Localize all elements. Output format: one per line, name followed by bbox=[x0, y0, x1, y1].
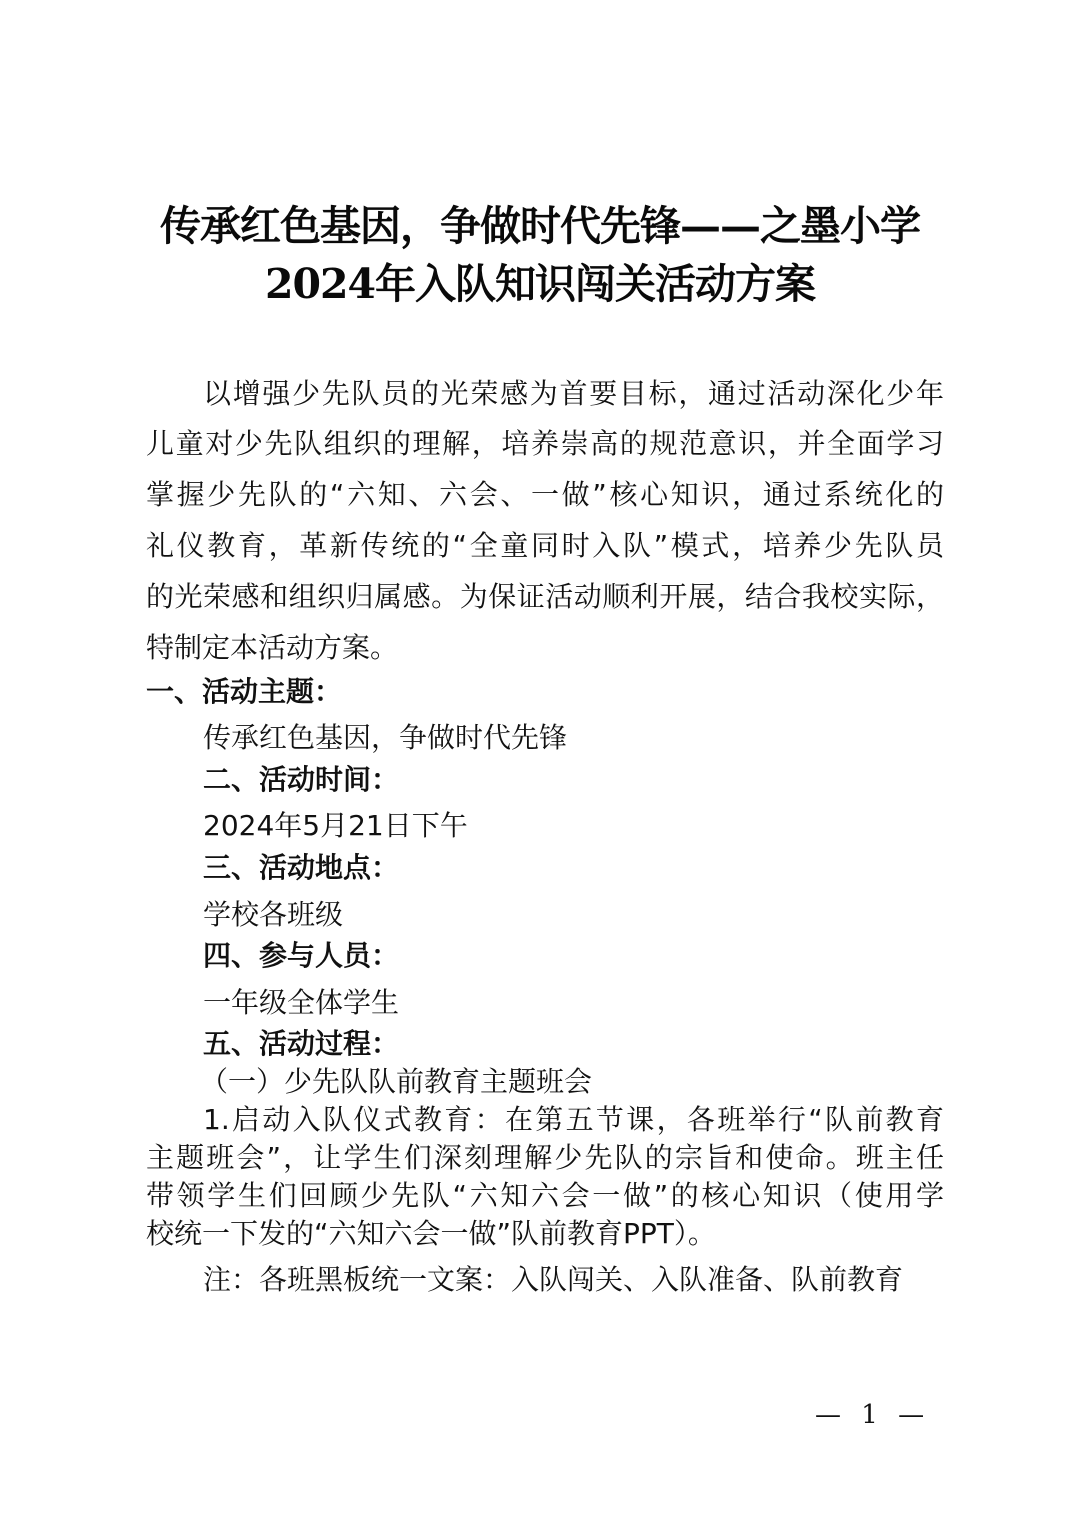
intro-paragraph-line: 礼仪教育，革新传统的“全童同时入队”模式，培养少先队员 bbox=[146, 532, 944, 560]
section-content-location: 学校各班级 bbox=[203, 901, 343, 929]
section-heading-location: 三、活动地点： bbox=[203, 854, 399, 882]
intro-paragraph-line: 特制定本活动方案。 bbox=[146, 634, 398, 662]
intro-paragraph-line: 的光荣感和组织归属感。为保证活动顺利开展，结合我校实际， bbox=[146, 583, 944, 611]
intro-paragraph-line: 以增强少先队员的光荣感为首要目标，通过活动深化少年 bbox=[203, 380, 944, 408]
intro-paragraph-line: 掌握少先队的“六知、六会、一做”核心知识，通过系统化的 bbox=[146, 481, 944, 509]
section-content-time: 2024年5月21日下午 bbox=[203, 812, 468, 840]
page-number: — 1 — bbox=[815, 1400, 930, 1430]
section-heading-participants: 四、参与人员： bbox=[203, 942, 399, 970]
section-heading-theme: 一、活动主题： bbox=[146, 678, 342, 706]
blackboard-note: 注：各班黑板统一文案：入队闯关、入队准备、队前教育 bbox=[203, 1266, 903, 1294]
process-item-line: 校统一下发的“六知六会一做”队前教育PPT）。 bbox=[146, 1220, 716, 1248]
section-heading-process: 五、活动过程： bbox=[203, 1030, 399, 1058]
document-title-line-2: 2024年入队知识闯关活动方案 bbox=[0, 264, 1080, 305]
section-content-participants: 一年级全体学生 bbox=[203, 989, 399, 1017]
document-title-line-1: 传承红色基因，争做时代先锋——之墨小学 bbox=[0, 206, 1080, 247]
section-content-theme: 传承红色基因，争做时代先锋 bbox=[203, 724, 567, 752]
process-item-line: 主题班会”，让学生们深刻理解少先队的宗旨和使命。班主任 bbox=[146, 1144, 944, 1172]
process-subheading: （一）少先队队前教育主题班会 bbox=[200, 1068, 592, 1096]
document-page: 传承红色基因，争做时代先锋——之墨小学 2024年入队知识闯关活动方案 以增强少… bbox=[0, 0, 1080, 1527]
process-item-line: 1.启动入队仪式教育：在第五节课，各班举行“队前教育 bbox=[203, 1106, 944, 1134]
process-item-line: 带领学生们回顾少先队“六知六会一做”的核心知识（使用学 bbox=[146, 1182, 944, 1210]
intro-paragraph-line: 儿童对少先队组织的理解，培养崇高的规范意识，并全面学习 bbox=[146, 430, 944, 458]
section-heading-time: 二、活动时间： bbox=[203, 766, 399, 794]
